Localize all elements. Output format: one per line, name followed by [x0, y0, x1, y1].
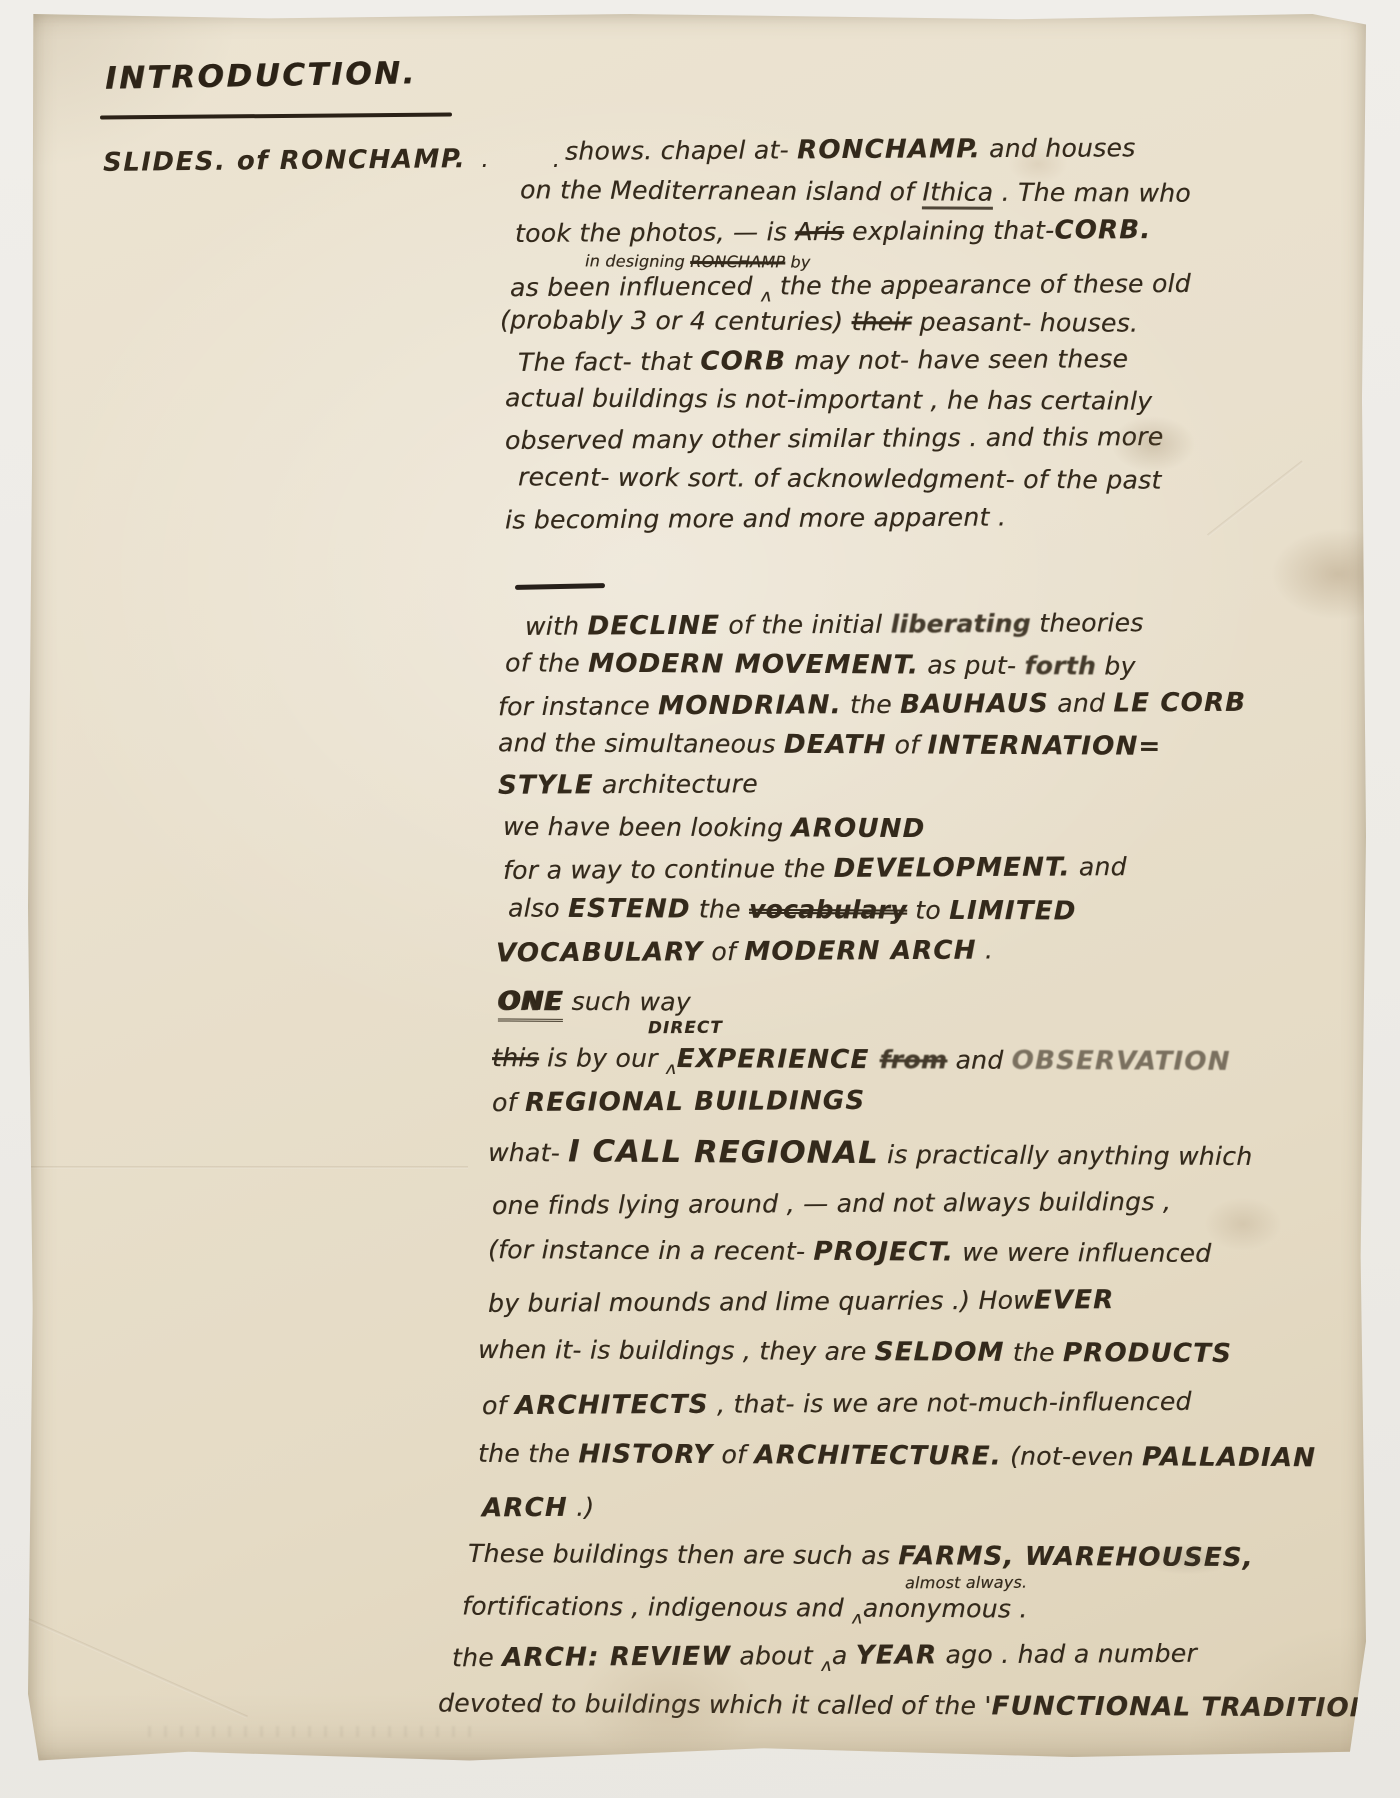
- text-segment: YEAR: [856, 1640, 938, 1670]
- text-segment: anonymous .: [863, 1594, 1028, 1624]
- faint-pencil-inscription: [148, 1726, 478, 1737]
- handwritten-line: when it- is buildings , they are SELDOM …: [478, 1336, 1232, 1370]
- text-segment: shows. chapel at-: [565, 135, 797, 165]
- text-segment: DECLINE: [587, 611, 720, 642]
- text-segment: explaining that-: [844, 216, 1055, 246]
- paper-edge-crack: [1207, 460, 1303, 536]
- text-segment: by: [1096, 651, 1136, 680]
- text-segment: we were influenced: [954, 1238, 1212, 1268]
- handwritten-line: with DECLINE of the initial liberating t…: [525, 609, 1144, 643]
- handwritten-line: These buildings then are such as FARMS, …: [468, 1540, 1254, 1574]
- text-segment: FARMS, WAREHOUSES,: [898, 1541, 1254, 1573]
- handwritten-line: we have been looking AROUND: [503, 813, 925, 845]
- text-segment: MODERN ARCH: [744, 936, 977, 967]
- text-segment: of: [482, 1391, 515, 1420]
- handwritten-line: this is by our ʌEXPERIENCE from and OBSE…: [492, 1044, 1231, 1082]
- text-segment: with: [525, 612, 588, 641]
- text-segment: Ithica: [922, 177, 993, 209]
- text-segment: peasant- houses.: [911, 307, 1138, 337]
- text-segment: ARCH: REVIEW: [502, 1642, 731, 1673]
- text-segment: and: [1049, 689, 1114, 718]
- text-segment: ago . had a number: [937, 1639, 1197, 1670]
- handwritten-line: recent- work sort. of acknowledgment- of…: [518, 463, 1162, 495]
- text-segment: CORB: [700, 346, 786, 377]
- text-segment: is by our: [539, 1043, 666, 1073]
- text-segment: EXPERIENCE: [677, 1044, 880, 1075]
- text-segment: EVER: [1034, 1285, 1115, 1315]
- text-segment: VOCABULARY: [496, 937, 703, 968]
- text-segment: of the initial: [720, 610, 891, 640]
- text-segment: and: [1070, 852, 1126, 881]
- caret-mark: ʌ: [666, 1059, 677, 1079]
- handwritten-line: and the simultaneous DEATH of INTERNATIO…: [498, 729, 1161, 762]
- handwritten-line: also ESTEND the vocabulary to LIMITED: [508, 895, 1077, 928]
- inserted-words: almost always.: [905, 1574, 1027, 1593]
- handwritten-line: is becoming more and more apparent .: [505, 503, 1006, 535]
- text-segment: MONDRIAN.: [658, 690, 842, 721]
- inserted-words: in designing RONCHAMP by: [585, 252, 810, 272]
- text-segment: such way: [563, 987, 691, 1017]
- side-heading: SLIDES. of RONCHAMP.: [103, 144, 466, 178]
- text-segment: is practically anything which: [879, 1140, 1253, 1171]
- text-segment: the: [1004, 1338, 1063, 1367]
- handwritten-line: of REGIONAL BUILDINGS: [492, 1087, 865, 1119]
- handwritten-line: the ARCH: REVIEW about ʌa YEAR ago . had…: [452, 1640, 1197, 1679]
- text-segment: (not-even: [1002, 1442, 1142, 1472]
- text-segment: ARCHITECTS: [515, 1390, 709, 1421]
- text-segment: for a way to continue the: [503, 854, 834, 885]
- handwritten-line: shows. chapel at- RONCHAMP. and houses: [565, 134, 1136, 167]
- text-segment: forth: [1024, 651, 1096, 680]
- text-segment: HISTORY: [578, 1439, 713, 1470]
- text-segment: of: [703, 937, 744, 966]
- handwritten-line: devoted to buildings which it called of …: [438, 1690, 1380, 1725]
- text-segment: The fact- that: [518, 347, 700, 377]
- text-segment: to: [907, 896, 949, 925]
- text-segment: theories: [1031, 608, 1144, 638]
- text-segment: the the appearance of these old: [772, 269, 1191, 301]
- text-segment: DEVELOPMENT.: [833, 852, 1070, 883]
- text-segment: may not- have seen these: [786, 344, 1128, 375]
- text-segment: in designing: [585, 251, 690, 271]
- text-segment: ARCHITECTURE.: [754, 1440, 1001, 1471]
- handwritten-line: as been influenced ʌ the the appearance …: [510, 270, 1191, 308]
- text-segment: of: [886, 730, 927, 759]
- text-segment: AROUND: [791, 813, 925, 844]
- text-segment: MODERN MOVEMENT.: [588, 649, 919, 681]
- handwritten-line: by burial mounds and lime quarries .) Ho…: [488, 1286, 1115, 1320]
- struck-word: from: [880, 1045, 948, 1074]
- text-segment: .: [977, 935, 994, 964]
- handwritten-line: actual buildings is not-important , he h…: [505, 384, 1152, 416]
- text-segment: (probably 3 or 4 centuries): [500, 305, 852, 336]
- text-segment: the: [842, 690, 901, 719]
- text-segment: ESTEND: [568, 894, 691, 925]
- text-segment: DIRECT: [648, 1018, 723, 1037]
- text-segment: actual buildings is not-important , he h…: [505, 383, 1152, 415]
- text-segment: recent- work sort. of acknowledgment- of…: [518, 462, 1162, 494]
- text-segment: what-: [488, 1138, 568, 1167]
- struck-word: vocabulary: [749, 895, 907, 925]
- handwritten-line: VOCABULARY of MODERN ARCH .: [496, 936, 993, 969]
- text-segment: of: [713, 1440, 754, 1469]
- text-segment: we have been looking: [503, 812, 792, 843]
- text-segment: one finds lying around , — and not alway…: [492, 1187, 1171, 1220]
- handwritten-line: took the photos, — is Aris explaining th…: [515, 216, 1151, 250]
- text-segment: STYLE: [498, 770, 594, 801]
- text-segment: architecture: [594, 769, 758, 799]
- handwritten-line: The fact- that CORB may not- have seen t…: [518, 345, 1128, 379]
- text-segment: LE CORB: [1113, 688, 1246, 719]
- handwritten-line: the the HISTORY of ARCHITECTURE. (not-ev…: [478, 1440, 1316, 1474]
- text-segment: also: [508, 894, 568, 923]
- caret-mark: ʌ: [852, 1609, 863, 1629]
- handwritten-line: of the MODERN MOVEMENT. as put- forth by: [505, 649, 1136, 682]
- struck-word: their: [851, 307, 911, 336]
- page-title: INTRODUCTION.: [105, 55, 417, 96]
- text-segment: BAUHAUS: [900, 689, 1049, 720]
- text-segment: by: [785, 252, 810, 271]
- text-segment: LIMITED: [949, 896, 1076, 927]
- text-segment: devoted to buildings which it called of …: [438, 1689, 992, 1721]
- text-segment: the: [452, 1643, 502, 1672]
- text-segment: about: [731, 1641, 821, 1671]
- text-segment: I CALL REGIONAL: [568, 1134, 879, 1171]
- handwritten-line: (for instance in a recent- PROJECT. we w…: [488, 1236, 1212, 1270]
- handwritten-line: ARCH .): [482, 1494, 595, 1525]
- text-segment: INTERNATION=: [927, 731, 1161, 762]
- text-segment: SELDOM: [875, 1337, 1005, 1368]
- text-segment: as been influenced: [510, 272, 761, 303]
- text-segment: How: [978, 1286, 1034, 1315]
- paper-fold-crease: [28, 1166, 468, 1169]
- caret-mark: ʌ: [761, 286, 772, 306]
- struck-word: RONCHAMP: [690, 252, 785, 271]
- text-segment: . The man who: [993, 178, 1191, 208]
- text-segment: These buildings then are such as: [468, 1539, 898, 1570]
- text-segment: , that- is we are not-much-influenced: [709, 1387, 1192, 1419]
- text-segment: almost always.: [905, 1573, 1027, 1593]
- text-segment: of: [492, 1088, 525, 1117]
- smudged-word: OBSERVATION: [1012, 1046, 1231, 1077]
- text-segment: fortifications , indigenous and: [462, 1592, 852, 1623]
- manuscript-paper-sheet: INTRODUCTION. SLIDES. of RONCHAMP. · · s…: [28, 14, 1366, 1764]
- text-segment: observed many other similar things . and…: [505, 422, 1164, 455]
- handwritten-line: observed many other similar things . and…: [505, 423, 1164, 456]
- text-segment: .): [568, 1493, 595, 1522]
- handwritten-line: for instance MONDRIAN. the BAUHAUS and L…: [498, 689, 1246, 723]
- text-segment: ARCH: [482, 1493, 568, 1524]
- text-segment: the: [691, 894, 750, 923]
- handwritten-line: one finds lying around , — and not alway…: [492, 1188, 1171, 1221]
- text-segment: a: [832, 1641, 856, 1670]
- text-segment: PROJECT.: [813, 1237, 954, 1268]
- text-segment: CORB.: [1054, 215, 1151, 246]
- handwritten-line: for a way to continue the DEVELOPMENT. a…: [503, 853, 1127, 887]
- text-segment: FUNCTIONAL TRADITION: [991, 1691, 1372, 1723]
- text-segment: PALLADIAN: [1142, 1442, 1316, 1473]
- handwritten-line: of ARCHITECTS , that- is we are not-much…: [482, 1388, 1192, 1422]
- handwritten-line: what- I CALL REGIONAL is practically any…: [488, 1134, 1253, 1173]
- text-segment: ': [1373, 1693, 1380, 1722]
- text-segment: when it- is buildings , they are: [478, 1335, 875, 1366]
- text-segment: and: [947, 1045, 1012, 1074]
- text-segment: and the simultaneous: [498, 728, 784, 758]
- title-underline-stroke: [100, 112, 452, 119]
- text-segment: and houses: [981, 133, 1136, 163]
- text-segment: for instance: [498, 691, 658, 721]
- overwritten-word: ONE: [498, 986, 563, 1021]
- struck-word: Aris: [795, 217, 844, 246]
- struck-word: this: [492, 1043, 539, 1072]
- text-segment: (for instance in a recent-: [488, 1235, 814, 1266]
- text-segment: DEATH: [784, 730, 887, 761]
- text-segment: the the: [478, 1439, 579, 1469]
- caret-mark: ʌ: [821, 1656, 832, 1676]
- scanned-manuscript-page: { "doc": { "heading": "INTRODUCTION.", "…: [0, 0, 1400, 1798]
- handwritten-line: on the Mediterranean island of Ithica . …: [520, 176, 1191, 208]
- text-segment: PRODUCTS: [1063, 1338, 1232, 1369]
- handwritten-line: (probably 3 or 4 centuries) their peasan…: [500, 306, 1138, 338]
- smudged-word: liberating: [890, 609, 1031, 639]
- section-divider-stroke: [515, 583, 605, 590]
- text-segment: of the: [505, 648, 588, 677]
- handwritten-line: ONE such way: [498, 987, 691, 1018]
- text-segment: is becoming more and more apparent .: [505, 502, 1006, 534]
- paper-corner-crease: [27, 1618, 247, 1718]
- text-segment: RONCHAMP.: [797, 134, 981, 165]
- text-segment: by burial mounds and lime quarries .): [488, 1286, 979, 1318]
- text-segment: REGIONAL BUILDINGS: [525, 1086, 865, 1118]
- text-segment: took the photos, — is: [515, 217, 795, 248]
- text-segment: on the Mediterranean island of: [520, 175, 923, 206]
- text-segment: as put-: [919, 651, 1025, 681]
- handwritten-line: fortifications , indigenous and ʌanonymo…: [462, 1593, 1028, 1630]
- inserted-word: DIRECT: [648, 1018, 723, 1038]
- handwritten-line: STYLE architecture: [498, 770, 758, 801]
